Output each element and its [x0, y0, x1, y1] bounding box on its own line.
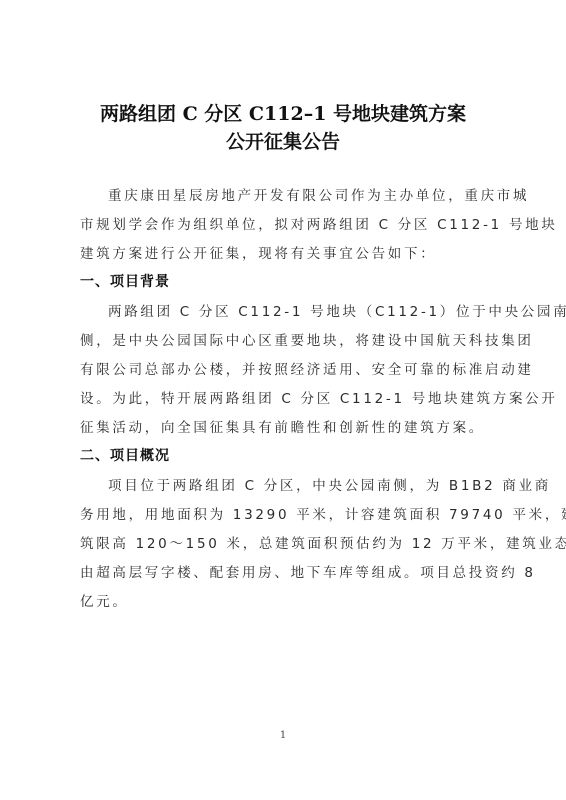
- intro-line-2: 市规划学会作为组织单位，拟对两路组团 C 分区 C112-1 号地块: [80, 213, 558, 233]
- background-line-2: 侧，是中央公园国际中心区重要地块，将建设中国航天科技集团: [80, 329, 534, 349]
- overview-line-4: 由超高层写字楼、配套用房、地下车库等组成。项目总投资约 8: [80, 561, 536, 581]
- background-line-4: 设。为此，特开展两路组团 C 分区 C112-1 号地块建筑方案公开: [80, 387, 558, 407]
- overview-line-1: 项目位于两路组团 C 分区，中央公园南侧，为 B1B2 商业商: [108, 474, 551, 494]
- background-line-3: 有限公司总部办公楼，并按照经济适用、安全可靠的标准启动建: [80, 358, 534, 378]
- background-line-1: 两路组团 C 分区 C112-1 号地块（C112-1）位于中央公园南: [108, 300, 566, 320]
- document-title-line-2: 公开征集公告: [0, 127, 566, 154]
- section-heading-background: 一、项目背景: [80, 271, 170, 291]
- overview-line-5: 亿元。: [80, 590, 129, 610]
- section-heading-overview: 二、项目概况: [80, 445, 170, 465]
- overview-line-2: 务用地，用地面积为 13290 平米，计容建筑面积 79740 平米，建: [80, 503, 566, 523]
- intro-line-1: 重庆康田星辰房地产开发有限公司作为主办单位，重庆市城: [108, 184, 529, 204]
- intro-line-3: 建筑方案进行公开征集，现将有关事宜公告如下：: [80, 242, 436, 262]
- document-title-line-1: 两路组团 C 分区 C112–1 号地块建筑方案: [0, 99, 566, 126]
- document-page: 两路组团 C 分区 C112–1 号地块建筑方案 公开征集公告 重庆康田星辰房地…: [0, 0, 566, 800]
- overview-line-3: 筑限高 120～150 米，总建筑面积预估约为 12 万平米，建筑业态: [80, 532, 566, 552]
- page-number: 1: [0, 730, 566, 741]
- background-line-5: 征集活动，向全国征集具有前瞻性和创新性的建筑方案。: [80, 416, 485, 436]
